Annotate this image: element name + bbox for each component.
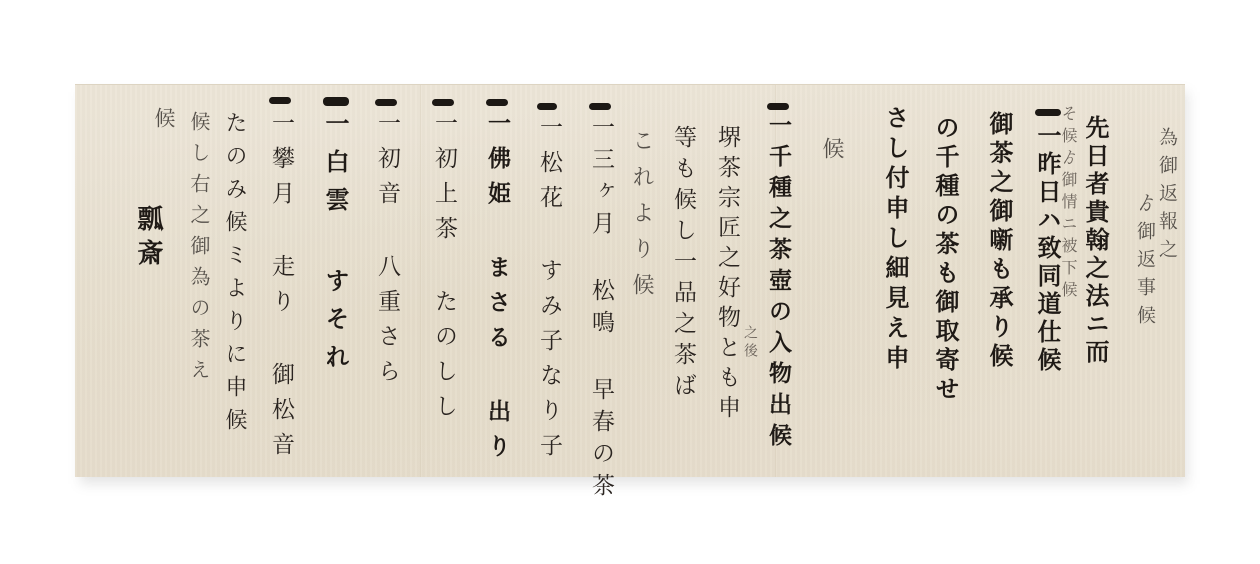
column-8: さし付申し細見え申	[883, 105, 907, 375]
signature: 瓢斎	[135, 205, 161, 273]
bullet-stroke	[269, 97, 291, 104]
column-7: の千種の茶も御取寄せ	[933, 115, 957, 405]
column-2: ゟ御返事候	[1135, 193, 1154, 333]
column-22: たのみ候ミよりに申候	[223, 111, 245, 441]
column-4: そ候ゟ御情ニ被下候	[1060, 105, 1076, 303]
document-paper: 為御返報之 ゟ御返事候 先日者貴翰之法ニ而 そ候ゟ御情ニ被下候 一昨日ハ致同道仕…	[75, 84, 1185, 477]
bullet-stroke	[1035, 109, 1061, 116]
bullet-stroke	[323, 97, 349, 106]
column-17: 一佛姫 まさる 出り	[486, 111, 509, 469]
column-9: 候	[820, 137, 842, 165]
bullet-stroke	[589, 103, 611, 110]
paper-fold	[420, 85, 421, 477]
column-16: 一松花 すみ子なり子	[537, 115, 560, 468]
column-21: 一攀月 走り 御松音	[269, 111, 292, 467]
column-15: 一三ヶ月 松鳴 早春の茶	[589, 115, 612, 505]
bullet-stroke	[375, 99, 397, 106]
column-6: 御茶之御噺も承り候	[987, 111, 1011, 372]
column-19: 一初音 八重さら	[375, 111, 398, 394]
column-3: 先日者貴翰之法ニ而	[1083, 115, 1107, 367]
bullet-stroke	[767, 103, 789, 110]
column-24: 候	[153, 107, 174, 134]
column-10: 一千種之茶壺の入物出候	[767, 113, 790, 454]
column-11: 之後	[743, 325, 757, 361]
column-1: 為御返報之	[1157, 127, 1176, 267]
column-18: 一初上茶 たのしし	[432, 111, 455, 429]
column-12: 堺茶宗匠之好物とも申	[715, 125, 738, 425]
column-23: 候し右之御為の茶え	[189, 111, 209, 390]
column-14: これより候	[630, 129, 652, 309]
bullet-stroke	[486, 99, 508, 106]
column-13: 等も候し一品之茶ば	[671, 125, 694, 404]
bullet-stroke	[432, 99, 454, 106]
bullet-stroke	[537, 103, 557, 110]
column-5: 一昨日ハ致同道仕候	[1035, 123, 1059, 375]
column-20: 一白雲 すそれ	[323, 111, 347, 382]
